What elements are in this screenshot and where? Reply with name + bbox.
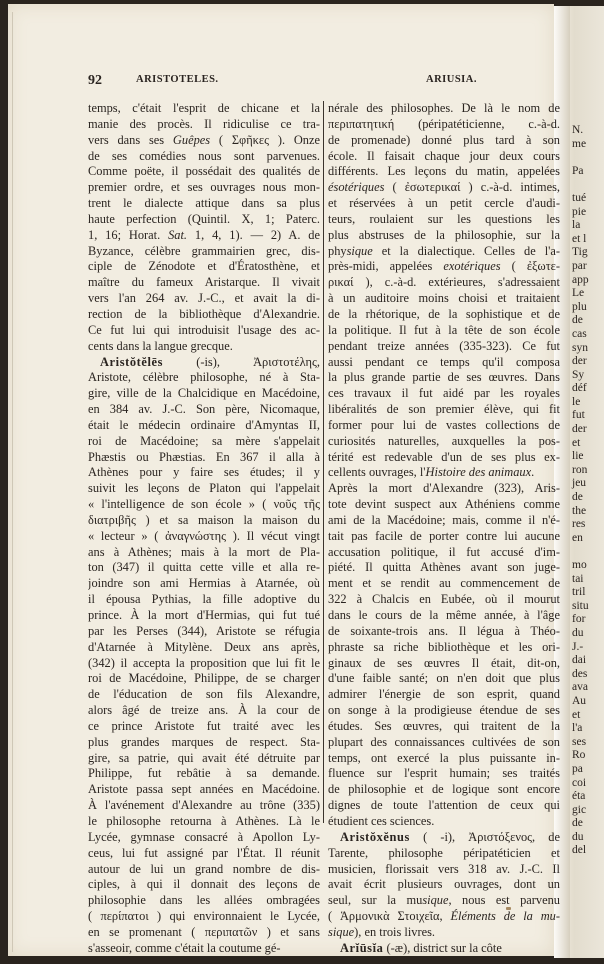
text-line: autour de lui un grand nombre de dis- [88,862,320,878]
next-page-fragment: ava [572,681,589,695]
text-line: premier ordre, et ses ouvrages nous mon- [88,180,320,196]
next-page-fragment: ron [572,464,589,478]
text-line: ment et se rendit au commencement de [328,576,560,592]
text-line: étudient ces sciences. [328,814,560,830]
text-line: philosophie dans les allées ombragées [88,893,320,909]
text-line: Aristŏtĕlēs (-is), Ἀριστοτέλης, [88,355,320,371]
right-column: nérale des philosophes. De là le nom deπ… [328,101,560,957]
next-page-fragment: res [572,518,589,532]
next-page-fragment: syn [572,342,589,356]
text-line: école. Il faisait chaque jour deux cours [328,149,560,165]
text-line: ami de la Macédoine; mais, comme il n'é- [328,513,560,529]
text-line: de ses comédies nous sont parvenues. [88,149,320,165]
text-line: Athènes pour y faire ses études; il y [88,465,320,481]
next-page-fragment: du [572,831,589,845]
running-head-right: ARIUSIA. [426,74,477,85]
text-line: plupart des connaissances cultivées de s… [328,735,560,751]
text-line: la plus grande partie de ses œuvres. Dan… [328,370,560,386]
text-line: maître du fameux Aristarque. Il vivait [88,275,320,291]
next-page-fragment: me [572,138,589,152]
text-line: alors âgé de treize ans. À la cour de [88,703,320,719]
text-line: suivit les leçons de Platon qui l'appela… [88,481,320,497]
headword: Arĭūsĭa [340,941,383,955]
text-line: pendant treize années (335-323). Ce fut [328,339,560,355]
text-line: libéralités de son premier élève, qui fi… [328,402,560,418]
next-page-fragment: par [572,260,589,274]
text-line: haute perfection (Quintil. X, 1; Paterc. [88,212,320,228]
next-page-fragment: et [572,437,589,451]
left-column: temps, c'était l'esprit de chicane et la… [88,101,320,957]
text-line: « l'intelligence de son école » ( νοῦς τ… [88,497,320,513]
next-page-fragment: le [572,396,589,410]
text-line: ésotériques ( ἐσωτερικαί ) c.-à-d. intim… [328,180,560,196]
text-line: ces travaux il fut aidé par les royales [328,386,560,402]
text-line: gire, ville de la Chalcidique en Macédoi… [88,386,320,402]
text-line: teurs, roulaient sur les questions les [328,212,560,228]
next-page-fragment: lie [572,450,589,464]
next-page-fragment: tué [572,192,589,206]
next-page-fragment: plu [572,301,589,315]
next-page-fragment: et [572,709,589,723]
text-line: plus grandes marques de respect. Sta- [88,735,320,751]
text-line: Philippe, fut rebâtie à sa demande. [88,766,320,782]
text-line: on songe à la prodigieuse étendue de ses [328,703,560,719]
running-head-left: ARISTOTELES. [136,74,219,85]
next-page-fragment: et l [572,233,589,247]
text-line: de soixante-trois ans. Il légua à Théo- [328,624,560,640]
text-line: Après la mort d'Alexandre (323), Aris- [328,481,560,497]
text-line: la politique. Il fut à la tête de son éc… [328,323,560,339]
next-page-fragment: N. [572,124,589,138]
next-page-fragment [572,151,589,165]
text-line: ( Ἁρμονικὰ Στοιχεῖα, Éléments de la mu- [328,909,560,925]
text-line: physique et la dialectique. Celles de l'… [328,244,560,260]
next-page-fragment: Au [572,695,589,709]
text-line: en 384 av. J.-C. Son père, Nicomaque, [88,402,320,418]
text-line: Phæstis ou Phæstias. En 367 il alla à [88,450,320,466]
next-page-fragment: des [572,668,589,682]
text-line: à un auditoire moins choisi et traitaien… [328,291,560,307]
text-line: temps, ont exercé la plus puissante in- [328,751,560,767]
column-divider [323,101,324,823]
text-line: Tarente, philosophe péripatéticien et [328,846,560,862]
text-line: seul, sur la musique, nous est parvenu [328,893,560,909]
text-line: études. Ses œuvres, qui traitent de la [328,719,560,735]
text-line: cents dans la langue grecque. [88,339,320,355]
text-line: térité est redevable d'un de ses plus ex… [328,450,560,466]
next-page-fragment: en [572,532,589,546]
text-line: cellents ouvrages, l'Histoire des animau… [328,465,560,481]
next-page-fragment: app [572,274,589,288]
text-line: διατριβῆς ) et sa maison la maison du [88,513,320,529]
text-line: de l'éducation de son fils Alexandre, [88,687,320,703]
text-line: il épousa Pythias, la fille adoptive du [88,592,320,608]
page-number: 92 [88,73,102,89]
next-page-fragment: la [572,219,589,233]
paper-speck [178,918,180,921]
next-page-fragment: tril [572,586,589,600]
text-line: 322 à Chalcis en Eubée, où il mourut [328,592,560,608]
text-line: former pour lui de vastes collections de [328,418,560,434]
text-line: de la rhétorique, de la sophistique et d… [328,307,560,323]
next-page-fragment: Ro [572,749,589,763]
text-line: dans le cours de la même année, à l'âge [328,608,560,624]
next-page-fragment: éta [572,790,589,804]
text-line: ( περίπατοι ) qui environnaient le Lycée… [88,909,320,925]
text-line: musicien, florissait vers 318 av. J.-C. … [328,862,560,878]
text-line: par les Perses (344), Aristote se réfugi… [88,624,320,640]
text-line: sique), en trois livres. [328,925,560,941]
text-line: Ce fut lui qui introduisit l'usage des a… [88,323,320,339]
text-line: ρικαί ), c.-à-d. extérieures, s'adressai… [328,275,560,291]
text-line: Aristote passa sept années en Macédoine. [88,782,320,798]
text-line: fluence sur l'esprit humain; ses traités [328,766,560,782]
text-line: roi de Macédoine; sa mère s'appelait [88,434,320,450]
next-page-fragment: fut [572,409,589,423]
next-page-fragment: de [572,817,589,831]
text-line: Aristote, célèbre philosophe, né à Sta- [88,370,320,386]
text-line: était le médecin ordinaire d'Amyntas II, [88,418,320,434]
headword: Aristŏxĕnus [340,830,410,844]
next-page-fragment [572,545,589,559]
text-line: tote devint suspect aux Athéniens comme [328,497,560,513]
next-page-fragment: pa [572,763,589,777]
text-line: vers dans ses Guêpes ( Σφῆκες ). Onze [88,133,320,149]
next-page-fragment: gic [572,804,589,818]
text-line: le philosophe retourna à Athènes. Là le [88,814,320,830]
next-page-fragment: tai [572,573,589,587]
text-line: ginaux de ses œuvres Il était, dit-on, [328,656,560,672]
next-page-fragment: de [572,491,589,505]
text-line: Comme poëte, il possédait des qualités d… [88,164,320,180]
next-page-fragment: Pa [572,165,589,179]
text-line: manie des procès. Il ridiculise ce tra- [88,117,320,133]
text-line: prince. À la mort d'Hermias, qui fut tué [88,608,320,624]
text-line: Arĭūsĭa (-æ), district sur la côte [328,941,560,957]
text-line: plus abstruses de la philosophie, sur la [328,228,560,244]
text-line: s'asseoir, comme c'était la coutume gé- [88,941,320,957]
next-page-fragment: situ [572,600,589,614]
text-line: curiosités naturelles, auxquelles la pos… [328,434,560,450]
page-header: 92 ARISTOTELES. ARIUSIA. [88,74,554,90]
paper-speck [506,907,511,910]
next-page-fragment: mo [572,559,589,573]
text-line: vers l'an 264 av. J.-C., et avait la di- [88,291,320,307]
next-page-fragment: cas [572,328,589,342]
next-page-text-fragments: N.mePatuépielaet lTigparappLepludecassyn… [572,124,589,858]
next-page-fragment: Sy [572,369,589,383]
next-page-fragment: der [572,355,589,369]
text-line: temps, c'était l'esprit de chicane et la [88,101,320,117]
next-page-fragment: dai [572,654,589,668]
text-line: nérale des philosophes. De là le nom de [328,101,560,117]
text-line: différents. Les leçons du matin, appelée… [328,164,560,180]
next-page-fragment: der [572,423,589,437]
next-page-fragment: déf [572,382,589,396]
next-page-fragment: l'a [572,722,589,736]
text-line: ans à Athènes; mais à la mort de Pla- [88,545,320,561]
text-line: piété. Il quitta Athènes avant son juge- [328,560,560,576]
next-page-fragment: J.- [572,641,589,655]
next-page-fragment: for [572,613,589,627]
text-line: admirer l'énergie de son esprit, quand [328,687,560,703]
text-line: avait écrit plusieurs ouvrages, dont un [328,877,560,893]
text-line: accusation politique, il fut accusé d'im… [328,545,560,561]
text-line: dignes de toute l'attention de ceux qui [328,798,560,814]
text-line: en se promenant ( περιπατῶν ) et sans [88,925,320,941]
text-line: ciple de Zénodote et d'Ératosthène, et [88,259,320,275]
text-line: ceus, lui fut assigné par l'État. Il réu… [88,846,320,862]
next-page-fragment: pie [572,206,589,220]
text-line: À l'avénement d'Alexandre au trône (335) [88,798,320,814]
next-page-fragment: du [572,627,589,641]
headword: Aristŏtĕlēs [100,355,163,369]
text-line: περιπατητική (péripatéticienne, c.-à-d. [328,117,560,133]
text-line: joindre son ami Hermias à Atarnée, où [88,576,320,592]
next-page-fragment: de [572,314,589,328]
text-line: ton (347) il quitta cette ville et alla … [88,560,320,576]
text-line: « lecteur » ( ἀναγνώστης ). Il vécut vin… [88,529,320,545]
next-page-fragment: del [572,844,589,858]
next-page-fragment: the [572,505,589,519]
text-line: Aristŏxĕnus ( -i), Ἀριστόξενος, de [328,830,560,846]
next-page-fragment: Le [572,287,589,301]
text-line: gire, sa patrie, qui avait été détruite … [88,751,320,767]
text-line: ciples, à qui il donnait des leçons de [88,877,320,893]
text-line: de philosophie et de logique sont encore [328,782,560,798]
text-line: (342) il accepta la proposition que lui … [88,656,320,672]
text-line: d'Atarnée à Mitylène. Deux ans après, [88,640,320,656]
next-page-fragment: jeu [572,477,589,491]
text-line: aussi pendant ce temps qu'il composa [328,355,560,371]
next-page-fragment: ses [572,736,589,750]
text-line: et réservées à un petit cercle d'audi- [328,196,560,212]
text-line: trent le dialecte attique dans sa plus [88,196,320,212]
text-line: Byzance, célèbre grammairien grec, dis- [88,244,320,260]
text-line: 1, 16; Horat. Sat. 1, 4, 1). — 2) A. de [88,228,320,244]
text-line: phraste sa riche bibliothèque et les ori… [328,640,560,656]
text-line: près-midi, appelées exotériques ( ἐξωτε- [328,259,560,275]
next-page-fragment: Tig [572,246,589,260]
text-line: tait pas facile de porter contre lui auc… [328,529,560,545]
next-page-fragment: coi [572,777,589,791]
text-line: rection de la bibliothèque d'Alexandrie. [88,307,320,323]
text-line: Lycée, gymnase consacré à Apollon Ly- [88,830,320,846]
text-line: ce prince Aristote fut traité avec les [88,719,320,735]
text-line: roi de Macédoine, Philippe, de se charge… [88,671,320,687]
next-page-fragment [572,178,589,192]
text-line: d'une faible santé; on n'en doit que plu… [328,671,560,687]
text-line: de promenade) donné plus tard à son [328,133,560,149]
page-edge [12,12,13,952]
